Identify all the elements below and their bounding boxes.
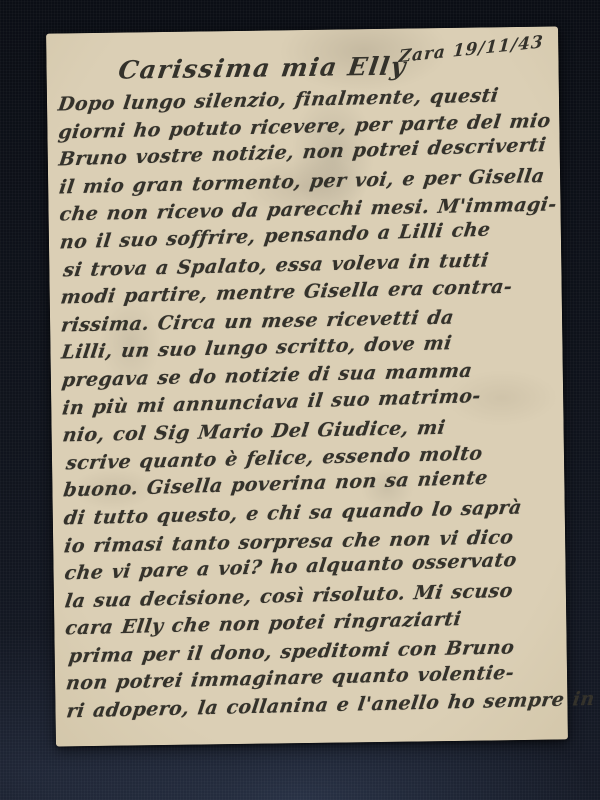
letter-date: Zara 19/11/43 <box>398 32 544 67</box>
letter-card: Zara 19/11/43 Carissima mia Elly Dopo lu… <box>46 26 568 746</box>
letter-salutation: Carissima mia Elly <box>116 52 408 85</box>
letter-body: Dopo lungo silenzio, finalmente, questig… <box>58 85 561 726</box>
